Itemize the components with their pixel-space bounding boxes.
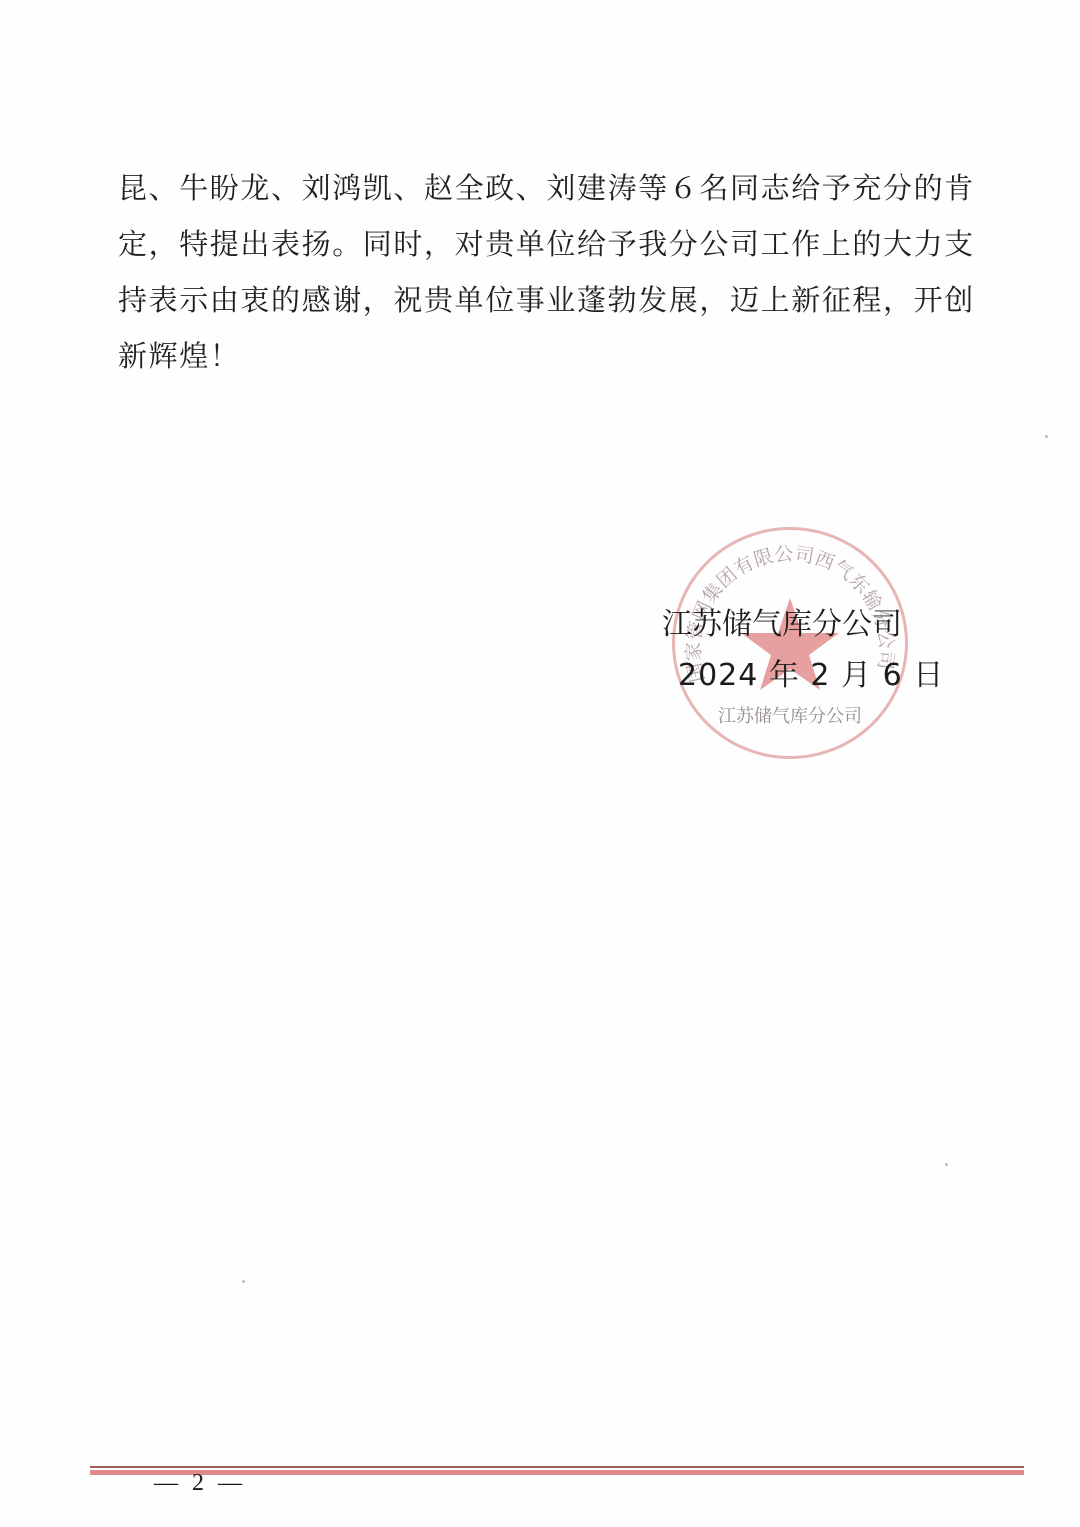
scan-speck: [945, 1163, 948, 1166]
body-line-1: 昆、牛盼龙、刘鸿凯、赵全政、刘建涛等６名同志给予充分的肯: [118, 160, 988, 216]
body-line-3: 持表示由衷的感谢，祝贵单位事业蓬勃发展，迈上新征程，开创: [118, 272, 988, 328]
document-page: 昆、牛盼龙、刘鸿凯、赵全政、刘建涛等６名同志给予充分的肯 定，特提出表扬。同时，…: [0, 0, 1080, 1527]
scan-speck: [242, 1280, 245, 1283]
page-number: — 2 —: [154, 1470, 246, 1497]
scan-speck: [1045, 435, 1048, 438]
signature-organization: 江苏储气库分公司: [662, 600, 922, 650]
letter-body: 昆、牛盼龙、刘鸿凯、赵全政、刘建涛等６名同志给予充分的肯 定，特提出表扬。同时，…: [118, 160, 988, 384]
seal-bottom-text: 江苏储气库分公司: [718, 706, 862, 727]
footer-rule-dark: [90, 1466, 1024, 1468]
signature-block: 江苏储气库分公司 2024 年 2 月 6 日: [662, 600, 922, 702]
body-line-4: 新辉煌！: [118, 328, 988, 384]
body-line-2: 定，特提出表扬。同时，对贵单位给予我分公司工作上的大力支: [118, 216, 988, 272]
signature-date: 2024 年 2 月 6 日: [662, 650, 922, 702]
